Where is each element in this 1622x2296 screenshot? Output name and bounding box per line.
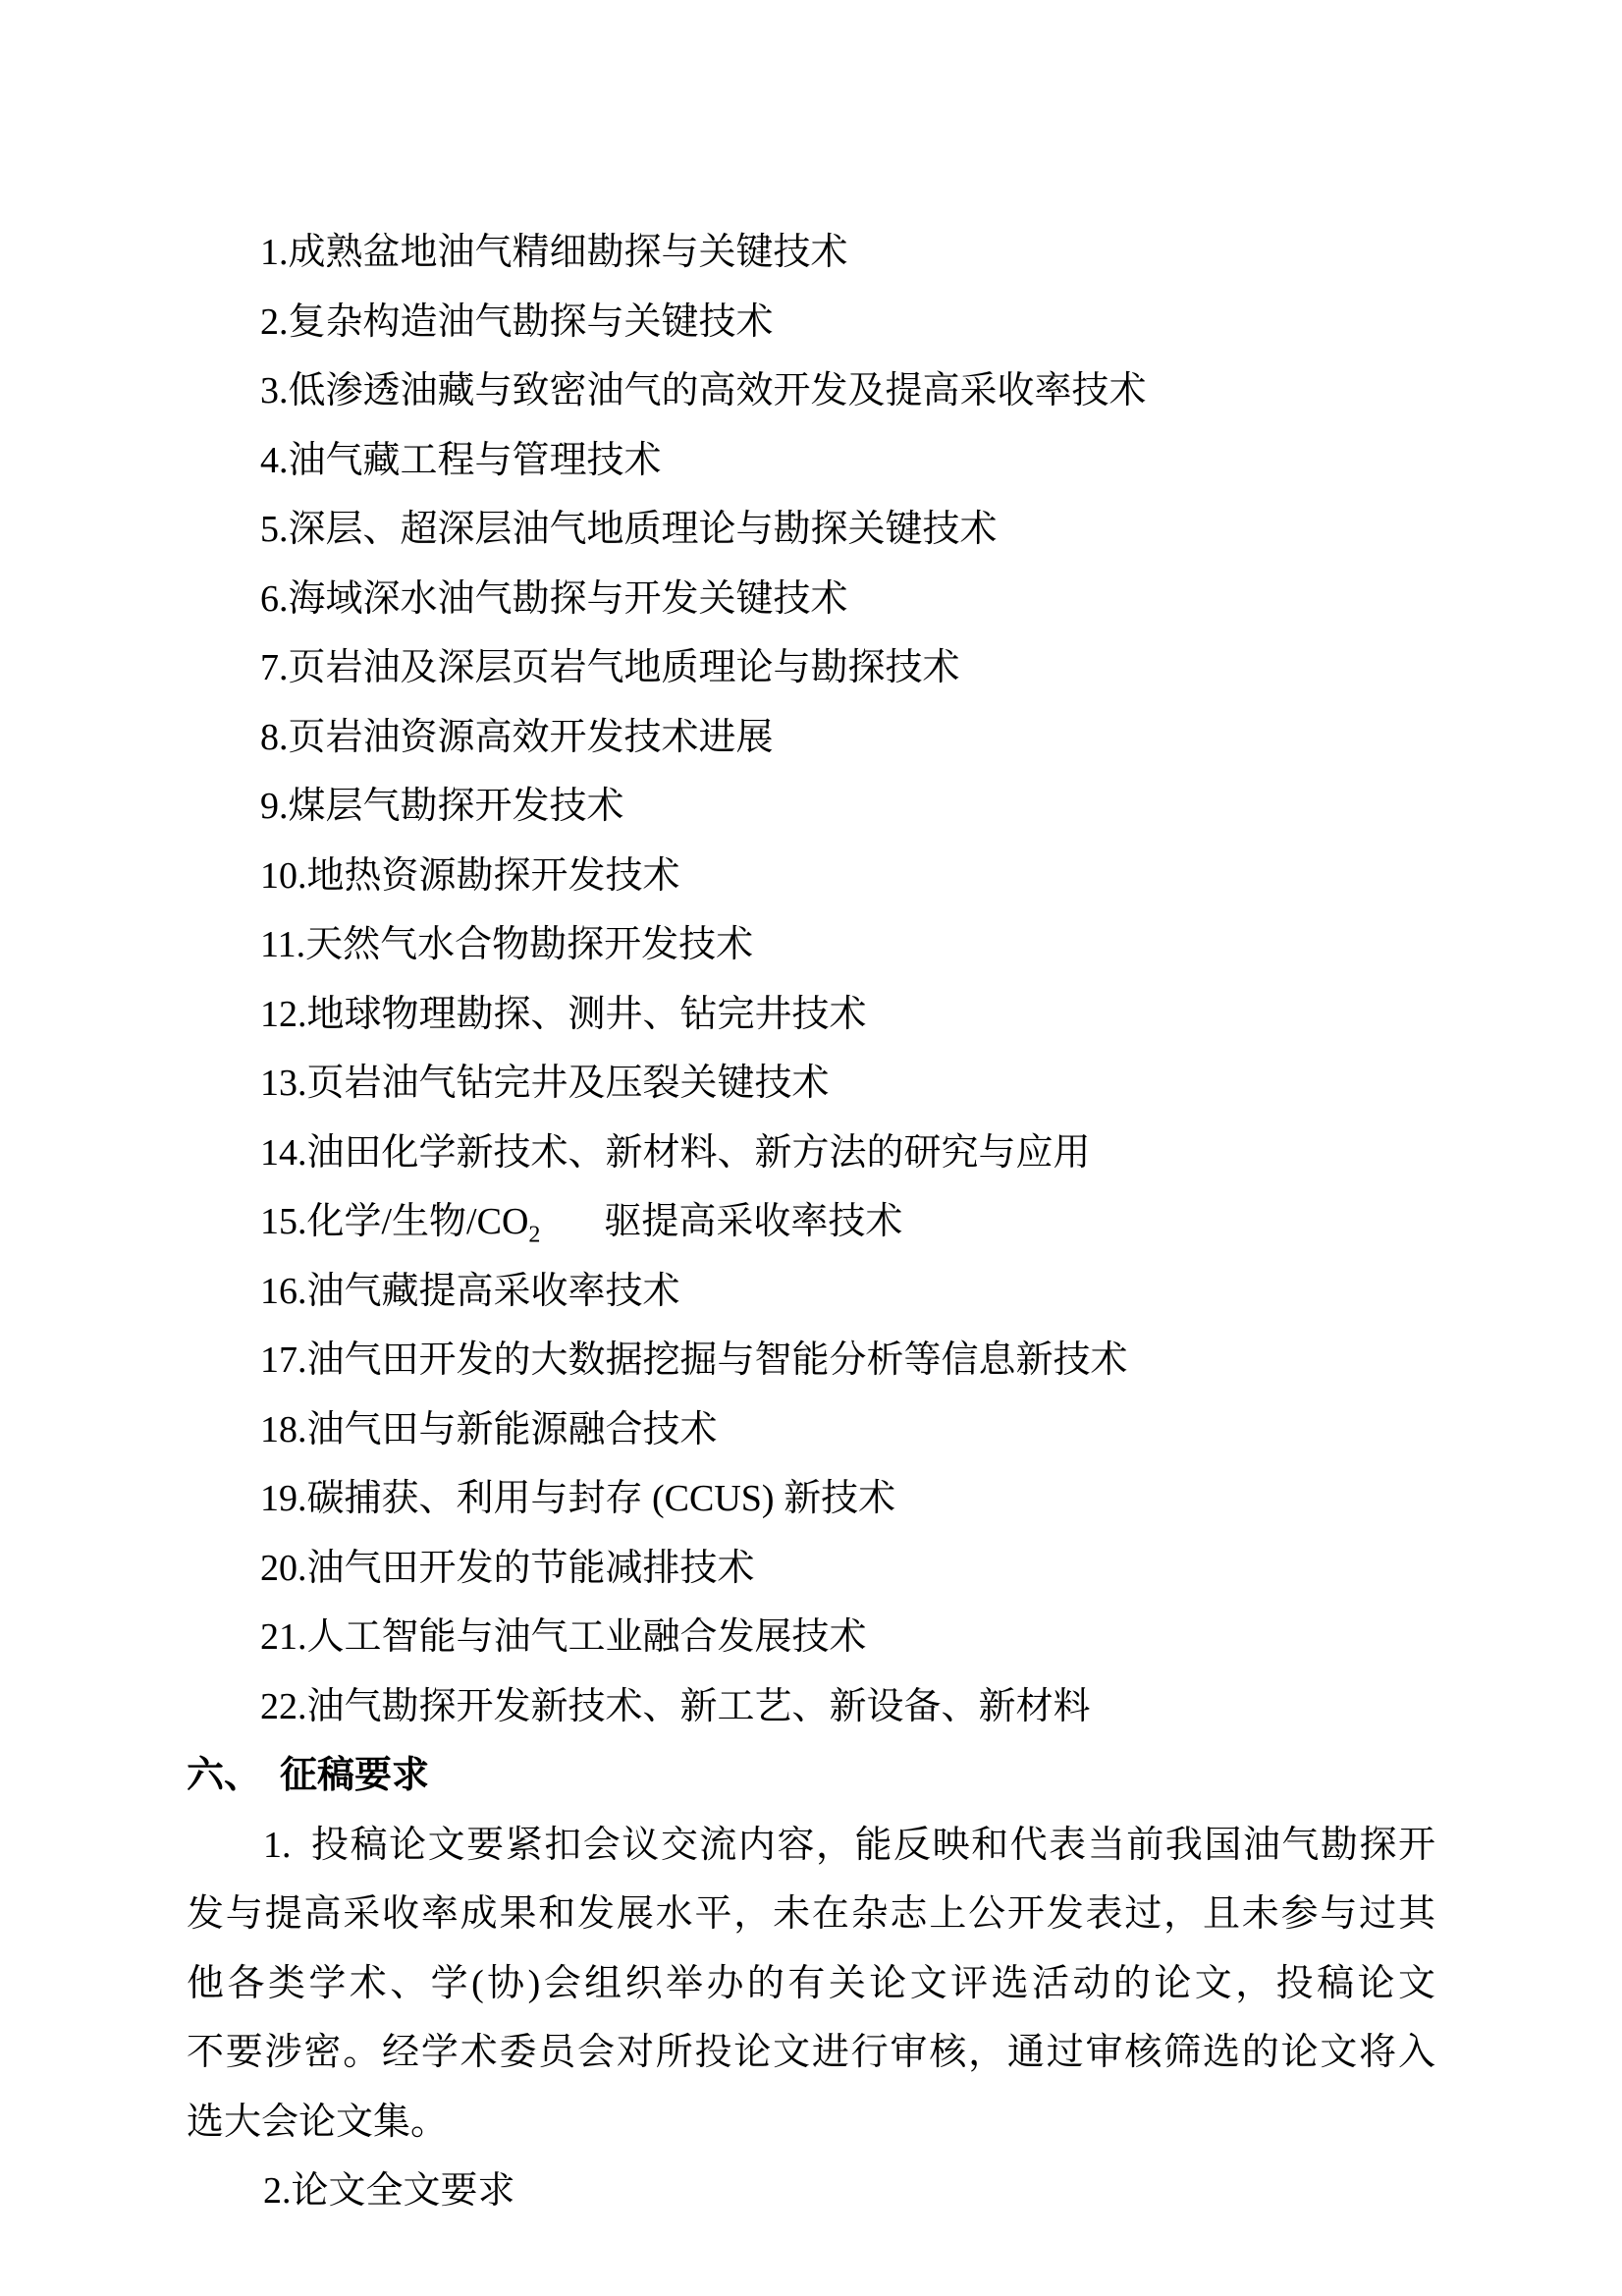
topic-text: 油气藏工程与管理技术 (289, 440, 662, 481)
topic-item-14: 14.油田化学新技术、新材料、新方法的研究与应用 (187, 1119, 1435, 1188)
paragraph-line-1: 1. 投稿论文要紧扣会议交流内容，能反映和代表当前我国油气勘探开 (187, 1811, 1435, 1881)
topic-number: 19. (260, 1478, 307, 1519)
topic-text: 人工智能与油气工业融合发展技术 (307, 1616, 867, 1658)
topic-number: 7. (260, 647, 289, 688)
topic-text: 煤层气勘探开发技术 (289, 786, 624, 827)
topic-item-22: 22.油气勘探开发新技术、新工艺、新设备、新材料 (187, 1672, 1435, 1742)
topic-number: 1. (260, 232, 289, 273)
topic-text: 复杂构造油气勘探与关键技术 (289, 301, 774, 343)
topic-item-7: 7.页岩油及深层页岩气地质理论与勘探技术 (187, 633, 1435, 703)
topic-item-19: 19.碳捕获、利用与封存 (CCUS) 新技术 (187, 1464, 1435, 1534)
topic-item-6: 6.海域深水油气勘探与开发关键技术 (187, 565, 1435, 634)
topic-item-1: 1.成熟盆地油气精细勘探与关键技术 (187, 218, 1435, 288)
topic-number: 13. (260, 1063, 307, 1104)
topic-text: 油气勘探开发新技术、新工艺、新设备、新材料 (307, 1686, 1091, 1727)
topic-number: 22. (260, 1686, 307, 1727)
topic-number: 10. (260, 855, 307, 897)
topic-text: 页岩油资源高效开发技术进展 (289, 717, 774, 758)
topic-item-5: 5.深层、超深层油气地质理论与勘探关键技术 (187, 495, 1435, 565)
document-page: 1.成熟盆地油气精细勘探与关键技术 2.复杂构造油气勘探与关键技术 3.低渗透油… (0, 0, 1622, 2296)
topic-text: 地热资源勘探开发技术 (307, 855, 680, 897)
paragraph-line-5: 选大会论文集。 (187, 2088, 1435, 2158)
topic-number: 18. (260, 1409, 307, 1450)
topic-number: 5. (260, 509, 289, 550)
topic-item-4: 4.油气藏工程与管理技术 (187, 426, 1435, 496)
topic-text: 油气藏提高采收率技术 (307, 1271, 680, 1312)
topic-number: 6. (260, 578, 289, 620)
topic-number: 14. (260, 1132, 307, 1174)
topic-number: 11. (260, 924, 305, 965)
topic-number: 2. (260, 301, 289, 343)
topic-item-2: 2.复杂构造油气勘探与关键技术 (187, 288, 1435, 357)
topic-item-9: 9.煤层气勘探开发技术 (187, 772, 1435, 842)
topic-item-17: 17.油气田开发的大数据挖掘与智能分析等信息新技术 (187, 1326, 1435, 1395)
topic-text: 天然气水合物勘探开发技术 (305, 924, 753, 965)
topic-number: 12. (260, 994, 307, 1035)
topic-item-16: 16.油气藏提高采收率技术 (187, 1257, 1435, 1327)
topic-item-10: 10.地热资源勘探开发技术 (187, 842, 1435, 911)
topic-item-15: 15.化学/生物/CO2驱提高采收率技术 (187, 1187, 1435, 1257)
topic-text: 深层、超深层油气地质理论与勘探关键技术 (289, 509, 998, 550)
requirement-2-line: 2.论文全文要求 (187, 2157, 1435, 2226)
topic-item-20: 20.油气田开发的节能减排技术 (187, 1534, 1435, 1604)
co2-subscript: 2 (528, 1223, 540, 1248)
topic-text: 油田化学新技术、新材料、新方法的研究与应用 (307, 1132, 1091, 1174)
topic-number: 16. (260, 1271, 307, 1312)
paragraph-line-4: 不要涉密。经学术委员会对所投论文进行审核，通过审核筛选的论文将入 (187, 2018, 1435, 2088)
topic-item-3: 3.低渗透油藏与致密油气的高效开发及提高采收率技术 (187, 356, 1435, 426)
paragraph-line-3: 他各类学术、学(协)会组织举办的有关论文评选活动的论文，投稿论文 (187, 1949, 1435, 2019)
topic-text: 油气田开发的节能减排技术 (307, 1548, 755, 1589)
topic-number: 9. (260, 786, 289, 827)
section-heading: 六、 征稿要求 (187, 1741, 1435, 1811)
topic-text: 驱提高采收率技术 (604, 1201, 902, 1242)
topic-item-8: 8.页岩油资源高效开发技术进展 (187, 703, 1435, 773)
topic-number: 21. (260, 1616, 307, 1658)
topic-item-18: 18.油气田与新能源融合技术 (187, 1395, 1435, 1465)
topic-text: 成熟盆地油气精细勘探与关键技术 (289, 232, 848, 273)
topic-number: 8. (260, 717, 289, 758)
topic-text: 低渗透油藏与致密油气的高效开发及提高采收率技术 (289, 370, 1147, 411)
topic-text: 化学/生物/CO (307, 1201, 529, 1242)
topic-number: 3. (260, 370, 289, 411)
topic-item-12: 12.地球物理勘探、测井、钻完井技术 (187, 980, 1435, 1050)
topic-number: 20. (260, 1548, 307, 1589)
topic-number: 17. (260, 1339, 307, 1381)
topic-item-11: 11.天然气水合物勘探开发技术 (187, 910, 1435, 980)
topic-item-21: 21.人工智能与油气工业融合发展技术 (187, 1603, 1435, 1672)
topic-number: 15. (260, 1201, 307, 1242)
topic-text: 地球物理勘探、测井、钻完井技术 (307, 994, 867, 1035)
topic-text: 油气田开发的大数据挖掘与智能分析等信息新技术 (307, 1339, 1128, 1381)
topic-text: 碳捕获、利用与封存 (CCUS) 新技术 (307, 1478, 896, 1519)
paragraph-line-2: 发与提高采收率成果和发展水平，未在杂志上公开发表过，且未参与过其 (187, 1880, 1435, 1949)
document-content: 1.成熟盆地油气精细勘探与关键技术 2.复杂构造油气勘探与关键技术 3.低渗透油… (187, 0, 1435, 2226)
topic-number: 4. (260, 440, 289, 481)
topic-text: 页岩油气钻完井及压裂关键技术 (307, 1063, 830, 1104)
topic-text: 海域深水油气勘探与开发关键技术 (289, 578, 848, 620)
topic-text: 油气田与新能源融合技术 (307, 1409, 718, 1450)
topic-text: 页岩油及深层页岩气地质理论与勘探技术 (289, 647, 960, 688)
topic-item-13: 13.页岩油气钻完井及压裂关键技术 (187, 1049, 1435, 1119)
